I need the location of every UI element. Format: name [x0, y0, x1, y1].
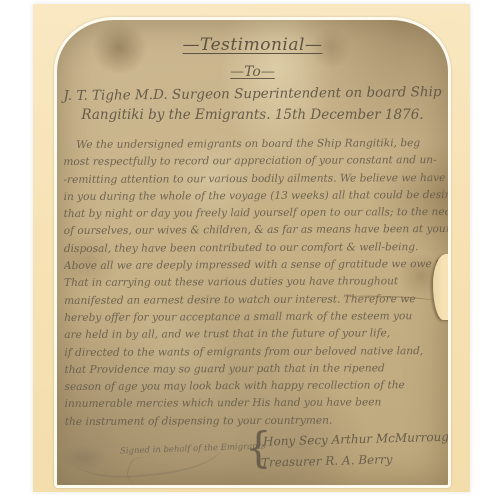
mount-mat-board: —Testimonial— —To— J. T. Tighe M.D. Surg…: [33, 4, 470, 492]
signature-treasurer: Treasurer R. A. Berry: [261, 452, 393, 469]
body-line: most respectfully to record our apprecia…: [63, 152, 447, 171]
testimonial-heading: —Testimonial—: [57, 35, 448, 55]
document-body: We the undersigned emigrants on board th…: [63, 135, 449, 431]
body-line: that by night or day you freely laid you…: [64, 204, 448, 223]
to-subheading: —To—: [57, 64, 448, 80]
body-line: That in carrying out these various dutie…: [64, 273, 448, 292]
body-line: of ourselves, our wives & children, & as…: [64, 221, 448, 240]
body-line: disposal, they have been contributed to …: [64, 239, 448, 258]
body-line: innumerable mercies which under His hand…: [65, 394, 449, 413]
paper-tear-chip: [433, 254, 451, 320]
body-line: Above all we are deeply impressed with a…: [64, 256, 448, 275]
document-header: —Testimonial— —To—: [57, 35, 448, 80]
signature-secretary: Hony Secy Arthur McMurrough.: [263, 429, 451, 448]
body-line: hereby offer for your acceptance a small…: [64, 308, 448, 327]
body-line: if directed to the wants of emigrants fr…: [64, 343, 448, 362]
framed-photo: —Testimonial— —To— J. T. Tighe M.D. Surg…: [0, 0, 500, 500]
testimonial-document: —Testimonial— —To— J. T. Tighe M.D. Surg…: [54, 17, 451, 488]
body-line: season of age you may look back with hap…: [65, 377, 449, 396]
pencil-smudge: [59, 445, 107, 471]
salutation-line-1: J. T. Tighe M.D. Surgeon Superintendent …: [57, 84, 448, 104]
body-line: in you during the whole of the voyage (1…: [64, 187, 448, 206]
body-line: We the undersigned emigrants on board th…: [63, 135, 447, 154]
body-line: that Providence may so guard your path t…: [64, 360, 448, 379]
body-line: are held in by all, and we trust that in…: [64, 325, 448, 344]
salutation-line-2: Rangitiki by the Emigrants. 15th Decembe…: [57, 107, 448, 123]
body-line: -remitting attention to our various bodi…: [63, 170, 447, 189]
